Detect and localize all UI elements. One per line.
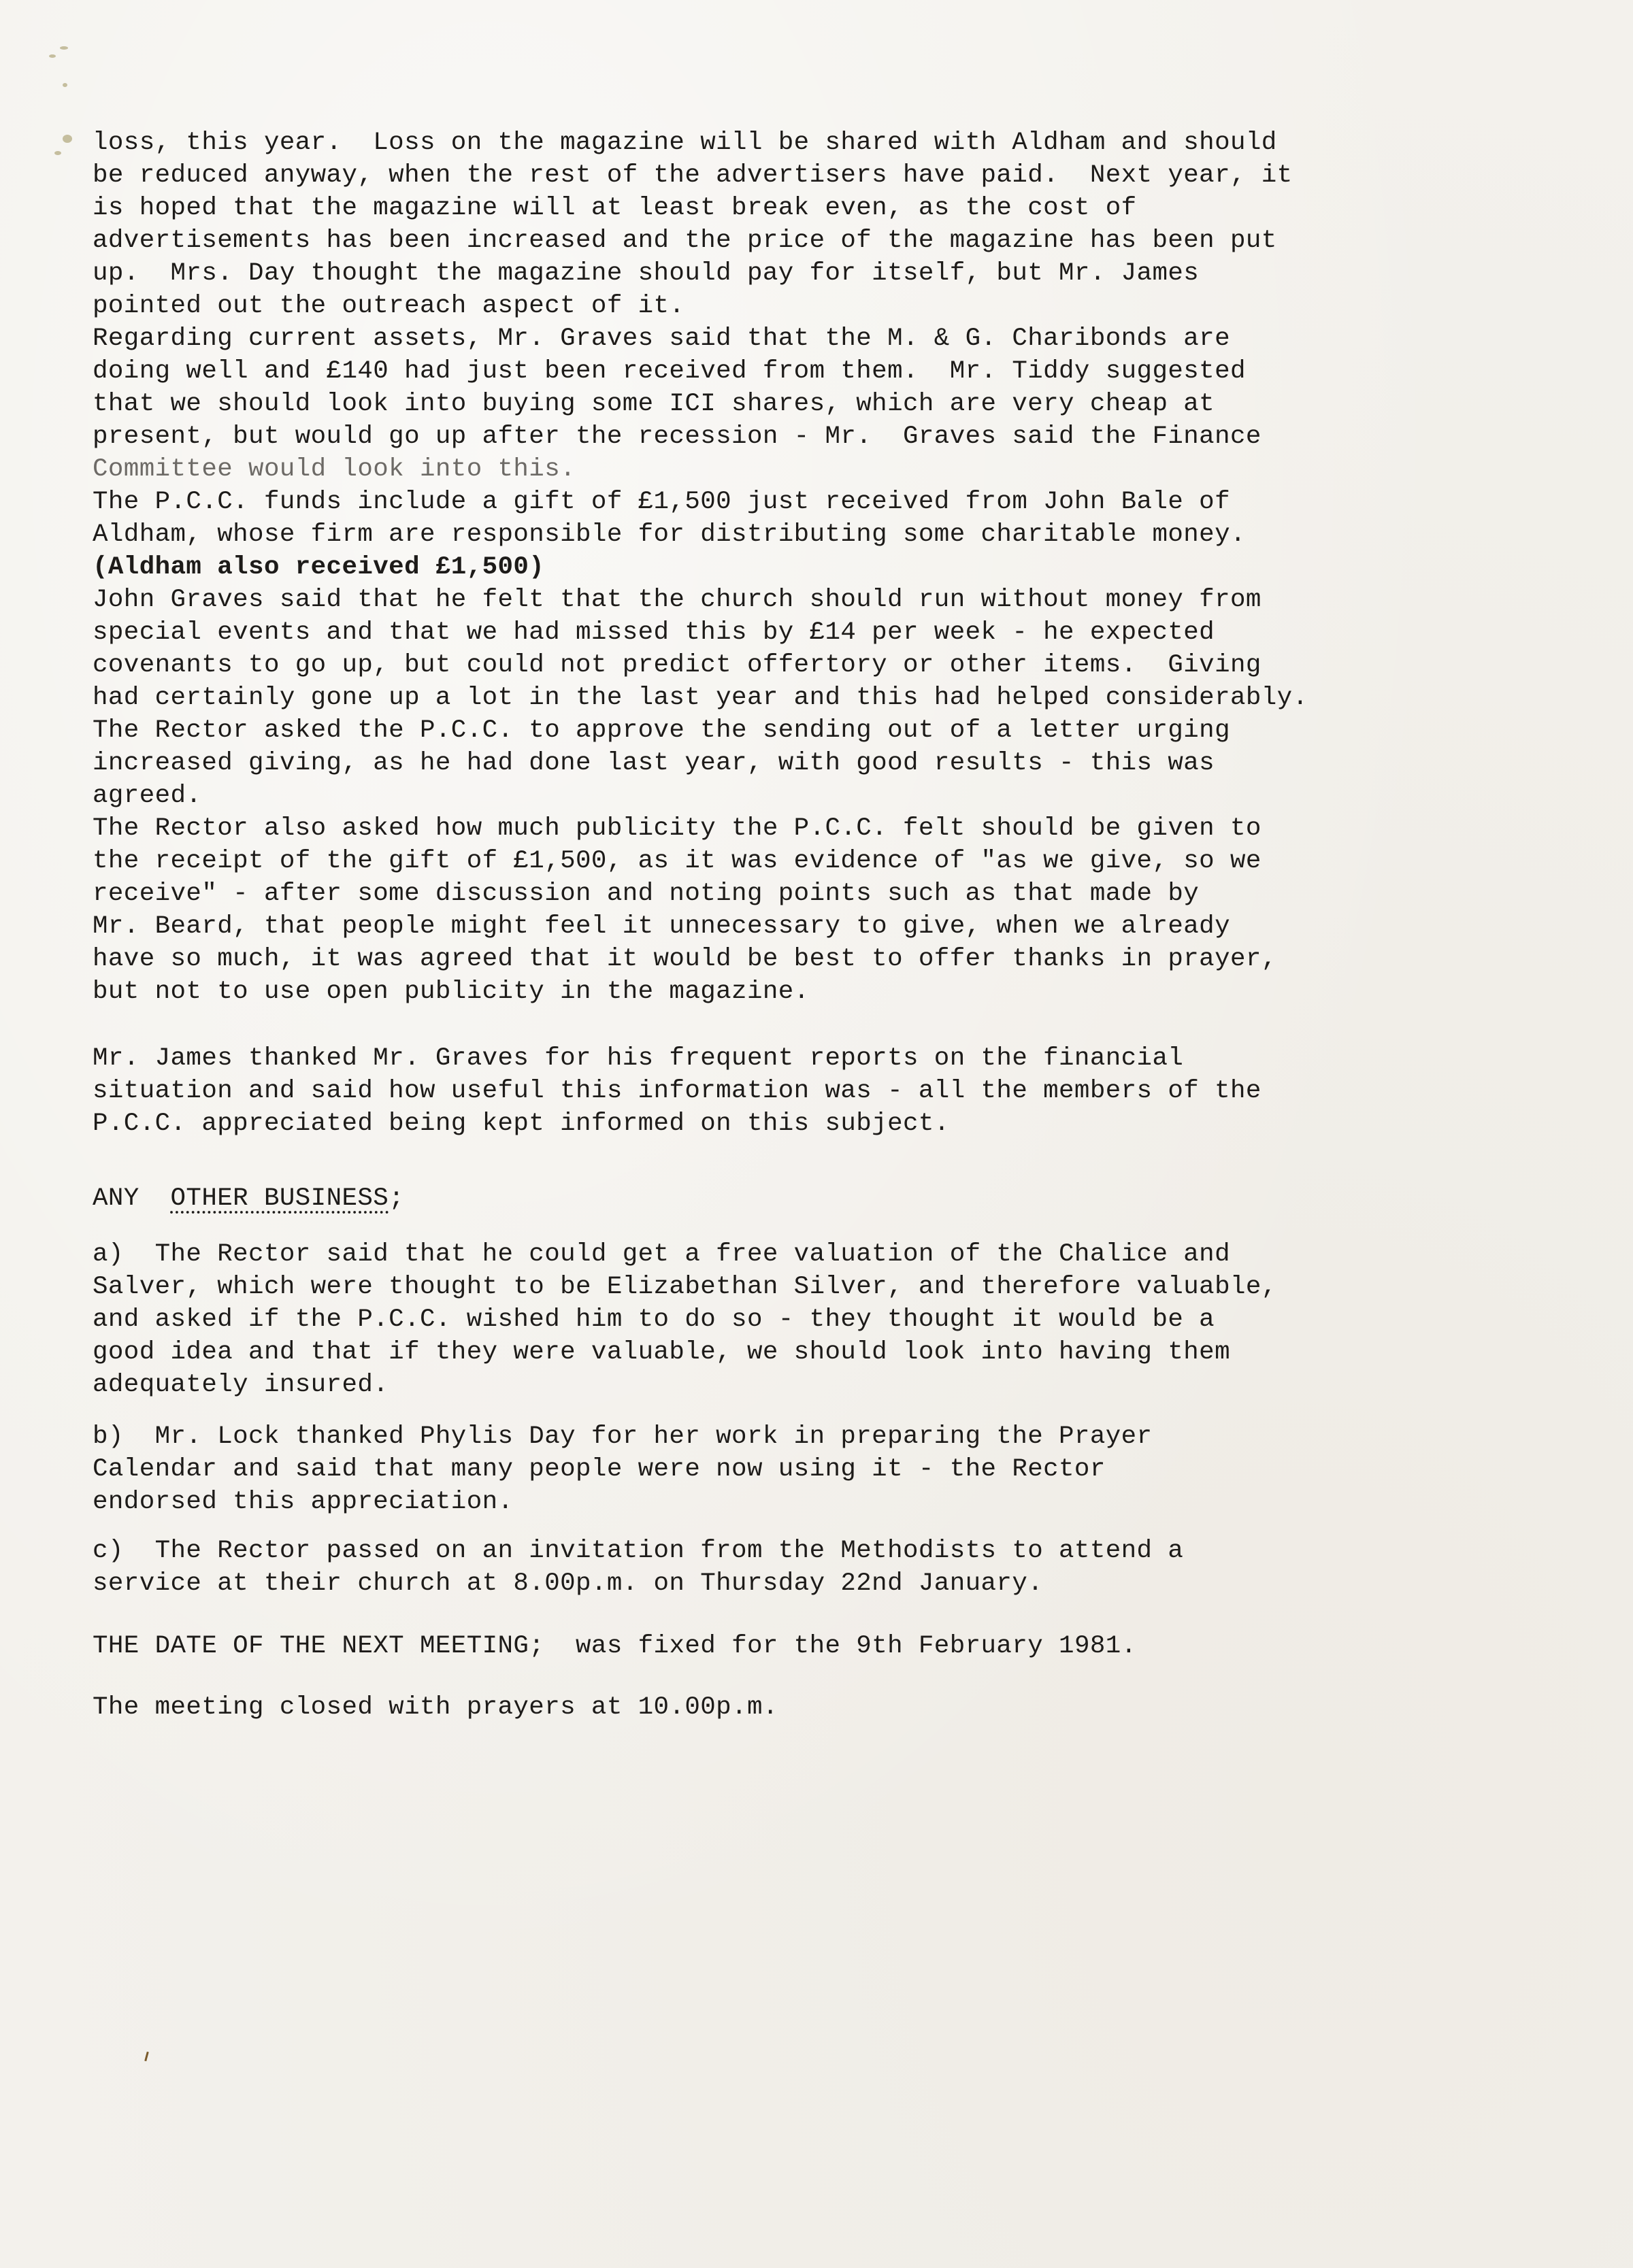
punch-mark (63, 83, 67, 87)
text-line: but not to use open publicity in the mag… (93, 975, 1481, 1008)
heading-prefix: ANY (93, 1184, 171, 1213)
punch-mark (49, 54, 56, 58)
text-line: and asked if the P.C.C. wished him to do… (93, 1303, 1481, 1336)
text-line: adequately insured. (93, 1369, 1481, 1401)
text-line: up. Mrs. Day thought the magazine should… (93, 257, 1481, 290)
text-line: advertisements has been increased and th… (93, 224, 1481, 257)
text-line: Committee would look into this. (93, 453, 1481, 486)
any-other-business-heading: ANY OTHER BUSINESS; (93, 1182, 1481, 1215)
current-assets-paragraph: Regarding current assets, Mr. Graves sai… (93, 322, 1481, 486)
text-line: is hoped that the magazine will at least… (93, 192, 1481, 224)
text-line: b) Mr. Lock thanked Phylis Day for her w… (93, 1420, 1481, 1453)
text-line: The Rector also asked how much publicity… (93, 812, 1481, 845)
text-line: good idea and that if they were valuable… (93, 1336, 1481, 1369)
meeting-minutes-page: loss, this year. Loss on the magazine wi… (93, 127, 1481, 1724)
heading-suffix: ; (389, 1184, 404, 1213)
publicity-paragraph: The Rector also asked how much publicity… (93, 812, 1481, 1008)
text-line: The P.C.C. funds include a gift of £1,50… (93, 486, 1481, 518)
text-line: endorsed this appreciation. (93, 1486, 1481, 1518)
giving-paragraph: John Graves said that he felt that the c… (93, 584, 1481, 812)
text-line: pointed out the outreach aspect of it. (93, 290, 1481, 322)
text-line: John Graves said that he felt that the c… (93, 584, 1481, 616)
heading-underlined: OTHER BUSINESS (171, 1184, 389, 1213)
spacer (93, 1008, 1481, 1042)
spacer (93, 1600, 1481, 1630)
gift-paragraph: The P.C.C. funds include a gift of £1,50… (93, 486, 1481, 584)
text-line: Calendar and said that many people were … (93, 1453, 1481, 1486)
aob-item-b: b) Mr. Lock thanked Phylis Day for her w… (93, 1420, 1481, 1518)
aob-item-c: c) The Rector passed on an invitation fr… (93, 1535, 1481, 1600)
text-line: c) The Rector passed on an invitation fr… (93, 1535, 1481, 1567)
closing-line: The meeting closed with prayers at 10.00… (93, 1691, 1481, 1724)
text-line: that we should look into buying some ICI… (93, 388, 1481, 420)
text-line: Salver, which were thought to be Elizabe… (93, 1271, 1481, 1303)
text-line: Regarding current assets, Mr. Graves sai… (93, 322, 1481, 355)
spacer (93, 1518, 1481, 1535)
text-line: increased giving, as he had done last ye… (93, 747, 1481, 780)
text-line: Aldham, whose firm are responsible for d… (93, 518, 1481, 551)
text-line: situation and said how useful this infor… (93, 1075, 1481, 1107)
text-line: a) The Rector said that he could get a f… (93, 1238, 1481, 1271)
text-line: had certainly gone up a lot in the last … (93, 682, 1481, 714)
next-meeting-line: THE DATE OF THE NEXT MEETING; was fixed … (93, 1630, 1481, 1663)
spacer (93, 1215, 1481, 1238)
text-line: special events and that we had missed th… (93, 616, 1481, 649)
paper-speck (144, 2052, 149, 2061)
text-line: covenants to go up, but could not predic… (93, 649, 1481, 682)
next-meeting-label: THE DATE OF THE NEXT MEETING; (93, 1632, 544, 1661)
text-line: have so much, it was agreed that it woul… (93, 943, 1481, 975)
punch-mark (60, 46, 68, 50)
text-line: The Rector asked the P.C.C. to approve t… (93, 714, 1481, 747)
text-line: present, but would go up after the reces… (93, 420, 1481, 453)
text-line: service at their church at 8.00p.m. on T… (93, 1567, 1481, 1600)
text-line: loss, this year. Loss on the magazine wi… (93, 127, 1481, 159)
text-line: P.C.C. appreciated being kept informed o… (93, 1107, 1481, 1140)
punch-mark (63, 135, 72, 143)
magazine-loss-paragraph: loss, this year. Loss on the magazine wi… (93, 127, 1481, 322)
aldham-gift-note: (Aldham also received £1,500) (93, 551, 1481, 584)
spacer (93, 1663, 1481, 1691)
text-line: Mr. James thanked Mr. Graves for his fre… (93, 1042, 1481, 1075)
text-line: the receipt of the gift of £1,500, as it… (93, 845, 1481, 878)
punch-mark (54, 151, 61, 155)
text-line: agreed. (93, 780, 1481, 812)
text-line: receive" - after some discussion and not… (93, 878, 1481, 910)
next-meeting-date: was fixed for the 9th February 1981. (544, 1632, 1136, 1661)
thanks-paragraph: Mr. James thanked Mr. Graves for his fre… (93, 1042, 1481, 1140)
text-line: Mr. Beard, that people might feel it unn… (93, 910, 1481, 943)
spacer (93, 1401, 1481, 1420)
spacer (93, 1140, 1481, 1182)
text-line: doing well and £140 had just been receiv… (93, 355, 1481, 388)
aob-item-a: a) The Rector said that he could get a f… (93, 1238, 1481, 1401)
text-line: be reduced anyway, when the rest of the … (93, 159, 1481, 192)
